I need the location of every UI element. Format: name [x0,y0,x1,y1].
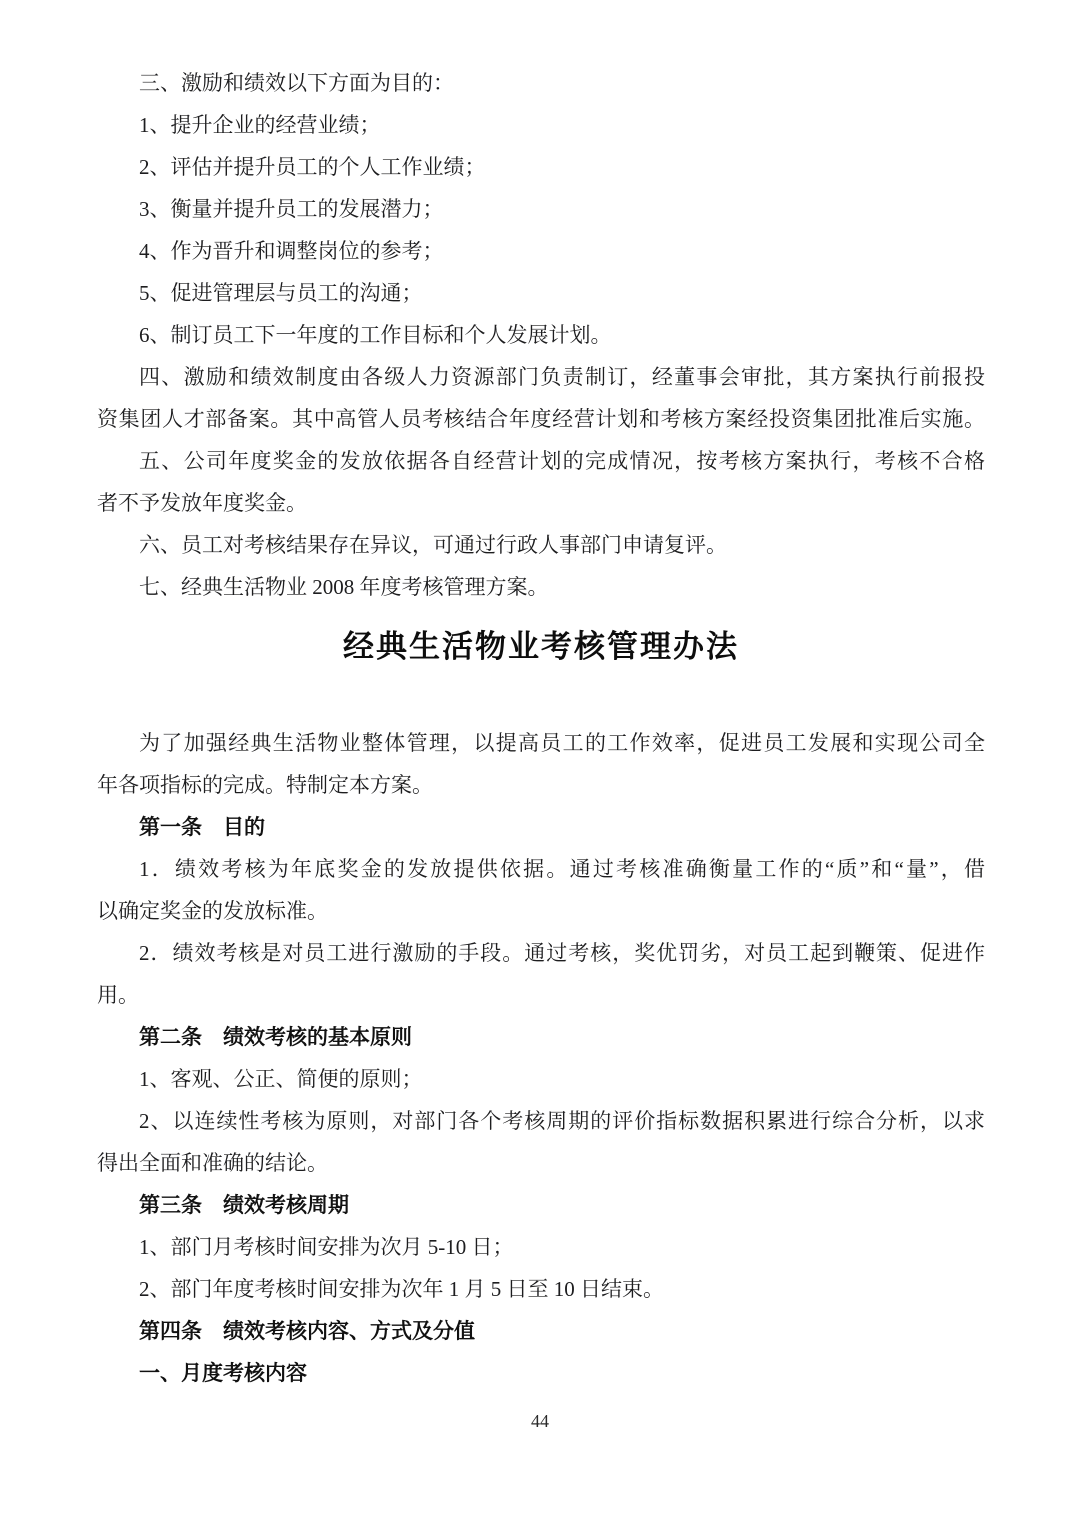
document-line: 为了加强经典生活物业整体管理，以提高员工的工作效率，促进员工发展和实现公司全 [97,722,985,764]
document-line: 5、促进管理层与员工的沟通； [97,272,985,314]
section-heading: 第三条 绩效考核周期 [97,1184,985,1226]
section-heading: 一、月度考核内容 [97,1352,985,1394]
document-title: 经典生活物业考核管理办法 [97,622,985,672]
document-line: 三、激励和绩效以下方面为目的： [97,62,985,104]
document-line: 1、提升企业的经营业绩； [97,104,985,146]
document-line: 得出全面和准确的结论。 [97,1142,985,1184]
document-line: 四、激励和绩效制度由各级人力资源部门负责制订，经董事会审批，其方案执行前报投 [97,356,985,398]
document-body: 三、激励和绩效以下方面为目的：1、提升企业的经营业绩；2、评估并提升员工的个人工… [97,62,985,1394]
document-line: 五、公司年度奖金的发放依据各自经营计划的完成情况，按考核方案执行，考核不合格 [97,440,985,482]
document-line: 六、员工对考核结果存在异议，可通过行政人事部门申请复评。 [97,524,985,566]
document-line: 以确定奖金的发放标准。 [97,890,985,932]
document-line: 4、作为晋升和调整岗位的参考； [97,230,985,272]
document-line: 3、衡量并提升员工的发展潜力； [97,188,985,230]
document-line: 1．绩效考核为年底奖金的发放提供依据。通过考核准确衡量工作的“质”和“量”，借 [97,848,985,890]
document-line: 1、客观、公正、简便的原则； [97,1058,985,1100]
section-heading: 第一条 目的 [97,806,985,848]
document-line: 2．绩效考核是对员工进行激励的手段。通过考核，奖优罚劣，对员工起到鞭策、促进作 [97,932,985,974]
document-line: 2、以连续性考核为原则，对部门各个考核周期的评价指标数据积累进行综合分析，以求 [97,1100,985,1142]
document-line: 年各项指标的完成。特制定本方案。 [97,764,985,806]
document-line: 6、制订员工下一年度的工作目标和个人发展计划。 [97,314,985,356]
document-line: 七、经典生活物业 2008 年度考核管理方案。 [97,566,985,608]
document-line: 1、部门月考核时间安排为次月 5-10 日； [97,1226,985,1268]
document-page: 三、激励和绩效以下方面为目的：1、提升企业的经营业绩；2、评估并提升员工的个人工… [0,0,1080,1527]
document-line: 2、部门年度考核时间安排为次年 1 月 5 日至 10 日结束。 [97,1268,985,1310]
section-heading: 第四条 绩效考核内容、方式及分值 [97,1310,985,1352]
document-line: 者不予发放年度奖金。 [97,482,985,524]
document-line: 2、评估并提升员工的个人工作业绩； [97,146,985,188]
page-number: 44 [0,1408,1080,1434]
section-heading: 第二条 绩效考核的基本原则 [97,1016,985,1058]
document-line: 用。 [97,974,985,1016]
document-line: 资集团人才部备案。其中高管人员考核结合年度经营计划和考核方案经投资集团批准后实施… [97,398,985,440]
